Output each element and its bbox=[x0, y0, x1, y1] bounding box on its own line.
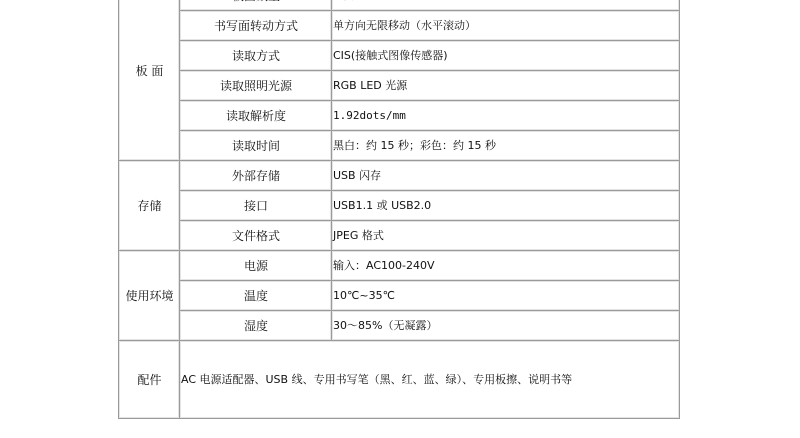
table-row: 读取解析度 1.92dots/mm bbox=[119, 101, 680, 131]
page: 板 面 板面数量 2 面 书写面转动方式 单方向无限移动（水平滚动） 读取方式 … bbox=[0, 0, 800, 438]
table-row: 文件格式 JPEG 格式 bbox=[119, 221, 680, 251]
item-label: 读取时间 bbox=[180, 131, 332, 161]
table-row: 温度 10℃~35℃ bbox=[119, 281, 680, 311]
item-value: 2 面 bbox=[332, 0, 680, 11]
item-label: 接口 bbox=[180, 191, 332, 221]
table-row: 读取时间 黑白：约 15 秒；彩色：约 15 秒 bbox=[119, 131, 680, 161]
item-label: 文件格式 bbox=[180, 221, 332, 251]
group-label-environment: 使用环境 bbox=[119, 251, 180, 341]
item-label: 读取照明光源 bbox=[180, 71, 332, 101]
item-value: 单方向无限移动（水平滚动） bbox=[332, 11, 680, 41]
item-label: 湿度 bbox=[180, 311, 332, 341]
table-row: 读取方式 CIS(接触式图像传感器) bbox=[119, 41, 680, 71]
group-label-board: 板 面 bbox=[119, 0, 180, 161]
spec-table: 板 面 板面数量 2 面 书写面转动方式 单方向无限移动（水平滚动） 读取方式 … bbox=[118, 0, 680, 419]
accessories-value: AC 电源适配器、USB 线、专用书写笔（黑、红、蓝、绿）、专用板擦、说明书等 bbox=[180, 341, 680, 419]
table-row: 书写面转动方式 单方向无限移动（水平滚动） bbox=[119, 11, 680, 41]
item-value: 30～85%（无凝露） bbox=[332, 311, 680, 341]
item-label: 外部存储 bbox=[180, 161, 332, 191]
item-value: 输入：AC100-240V bbox=[332, 251, 680, 281]
table-row: 读取照明光源 RGB LED 光源 bbox=[119, 71, 680, 101]
item-label: 温度 bbox=[180, 281, 332, 311]
table-row: 存储 外部存储 USB 闪存 bbox=[119, 161, 680, 191]
item-label: 读取方式 bbox=[180, 41, 332, 71]
table-row: 湿度 30～85%（无凝露） bbox=[119, 311, 680, 341]
item-value: RGB LED 光源 bbox=[332, 71, 680, 101]
item-value: USB1.1 或 USB2.0 bbox=[332, 191, 680, 221]
item-label: 书写面转动方式 bbox=[180, 11, 332, 41]
item-label: 读取解析度 bbox=[180, 101, 332, 131]
table-row: 配件 AC 电源适配器、USB 线、专用书写笔（黑、红、蓝、绿）、专用板擦、说明… bbox=[119, 341, 680, 419]
item-value: 黑白：约 15 秒；彩色：约 15 秒 bbox=[332, 131, 680, 161]
item-value: CIS(接触式图像传感器) bbox=[332, 41, 680, 71]
table-row: 使用环境 电源 输入：AC100-240V bbox=[119, 251, 680, 281]
table-row: 接口 USB1.1 或 USB2.0 bbox=[119, 191, 680, 221]
table-row: 板 面 板面数量 2 面 bbox=[119, 0, 680, 11]
item-label: 板面数量 bbox=[180, 0, 332, 11]
item-value: 10℃~35℃ bbox=[332, 281, 680, 311]
group-label-accessories: 配件 bbox=[119, 341, 180, 419]
item-label: 电源 bbox=[180, 251, 332, 281]
item-value: JPEG 格式 bbox=[332, 221, 680, 251]
item-value: 1.92dots/mm bbox=[332, 101, 680, 131]
item-value: USB 闪存 bbox=[332, 161, 680, 191]
group-label-storage: 存储 bbox=[119, 161, 180, 251]
